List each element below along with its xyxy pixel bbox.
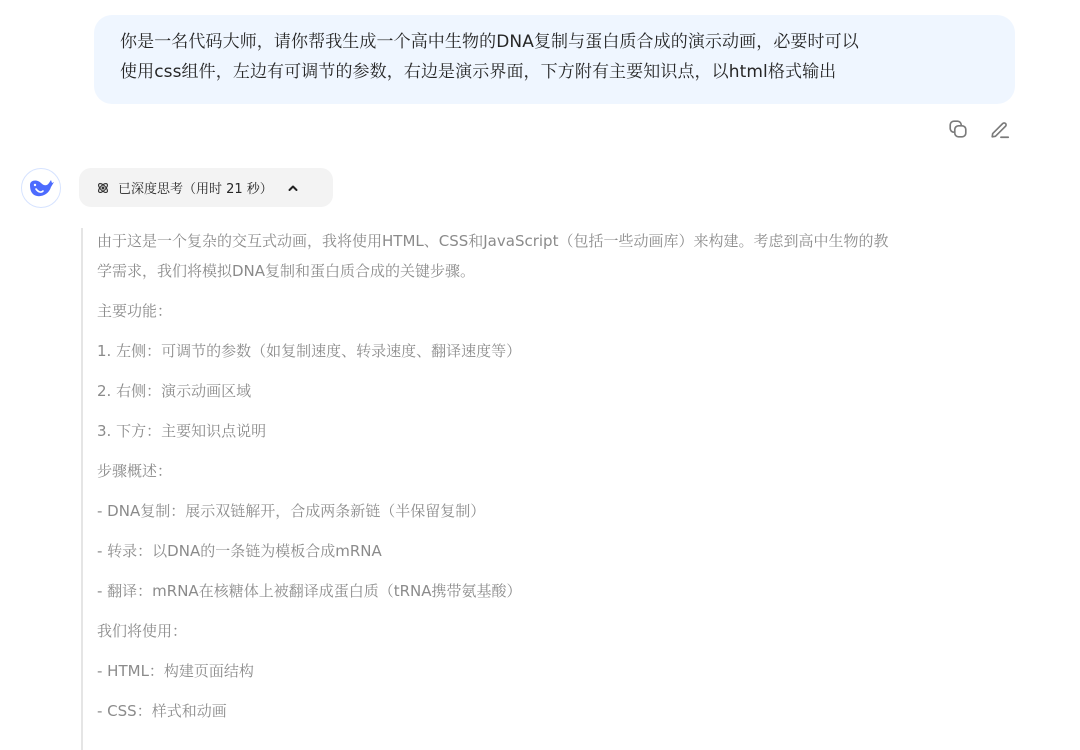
whale-logo-icon [28, 177, 54, 199]
feature-item: 1. 左侧：可调节的参数（如复制速度、转录速度、翻译速度等） [97, 336, 1031, 366]
user-message-bubble: 你是一名代码大师，请你帮我生成一个高中生物的DNA复制与蛋白质合成的演示动画，必… [94, 15, 1015, 104]
edit-icon [989, 118, 1011, 140]
edit-button[interactable] [988, 117, 1012, 141]
user-message-line: 你是一名代码大师，请你帮我生成一个高中生物的DNA复制与蛋白质合成的演示动画，必… [120, 27, 991, 57]
features-heading: 主要功能： [97, 296, 1031, 326]
step-item: - DNA复制：展示双链解开，合成两条新链（半保留复制） [97, 496, 1031, 526]
copy-icon [947, 118, 969, 140]
step-item: - 转录：以DNA的一条链为模板合成mRNA [97, 536, 1031, 566]
user-message-line: 使用css组件，左边有可调节的参数，右边是演示界面，下方附有主要知识点，以htm… [120, 57, 991, 87]
tools-heading: 我们将使用： [97, 616, 1031, 646]
chat-page: 你是一名代码大师，请你帮我生成一个高中生物的DNA复制与蛋白质合成的演示动画，必… [0, 0, 1080, 750]
thinking-intro: 由于这是一个复杂的交互式动画，我将使用HTML、CSS和JavaScript（包… [97, 226, 1031, 286]
tool-item: - CSS：样式和动画 [97, 696, 1031, 726]
thinking-intro-line: 由于这是一个复杂的交互式动画，我将使用HTML、CSS和JavaScript（包… [97, 226, 1031, 256]
user-message-actions [946, 117, 1012, 141]
chevron-up-icon [287, 182, 299, 194]
copy-button[interactable] [946, 117, 970, 141]
thinking-toggle-badge[interactable]: 已深度思考（用时 21 秒） [79, 168, 333, 207]
thinking-content: 由于这是一个复杂的交互式动画，我将使用HTML、CSS和JavaScript（包… [81, 228, 1031, 750]
tool-item: - HTML：构建页面结构 [97, 656, 1031, 686]
assistant-avatar [21, 168, 61, 208]
atom-icon [96, 181, 110, 195]
feature-item: 3. 下方：主要知识点说明 [97, 416, 1031, 446]
step-item: - 翻译：mRNA在核糖体上被翻译成蛋白质（tRNA携带氨基酸） [97, 576, 1031, 606]
thinking-intro-line: 学需求，我们将模拟DNA复制和蛋白质合成的关键步骤。 [97, 256, 1031, 286]
steps-heading: 步骤概述： [97, 456, 1031, 486]
feature-item: 2. 右侧：演示动画区域 [97, 376, 1031, 406]
thinking-badge-label: 已深度思考（用时 21 秒） [118, 178, 273, 197]
